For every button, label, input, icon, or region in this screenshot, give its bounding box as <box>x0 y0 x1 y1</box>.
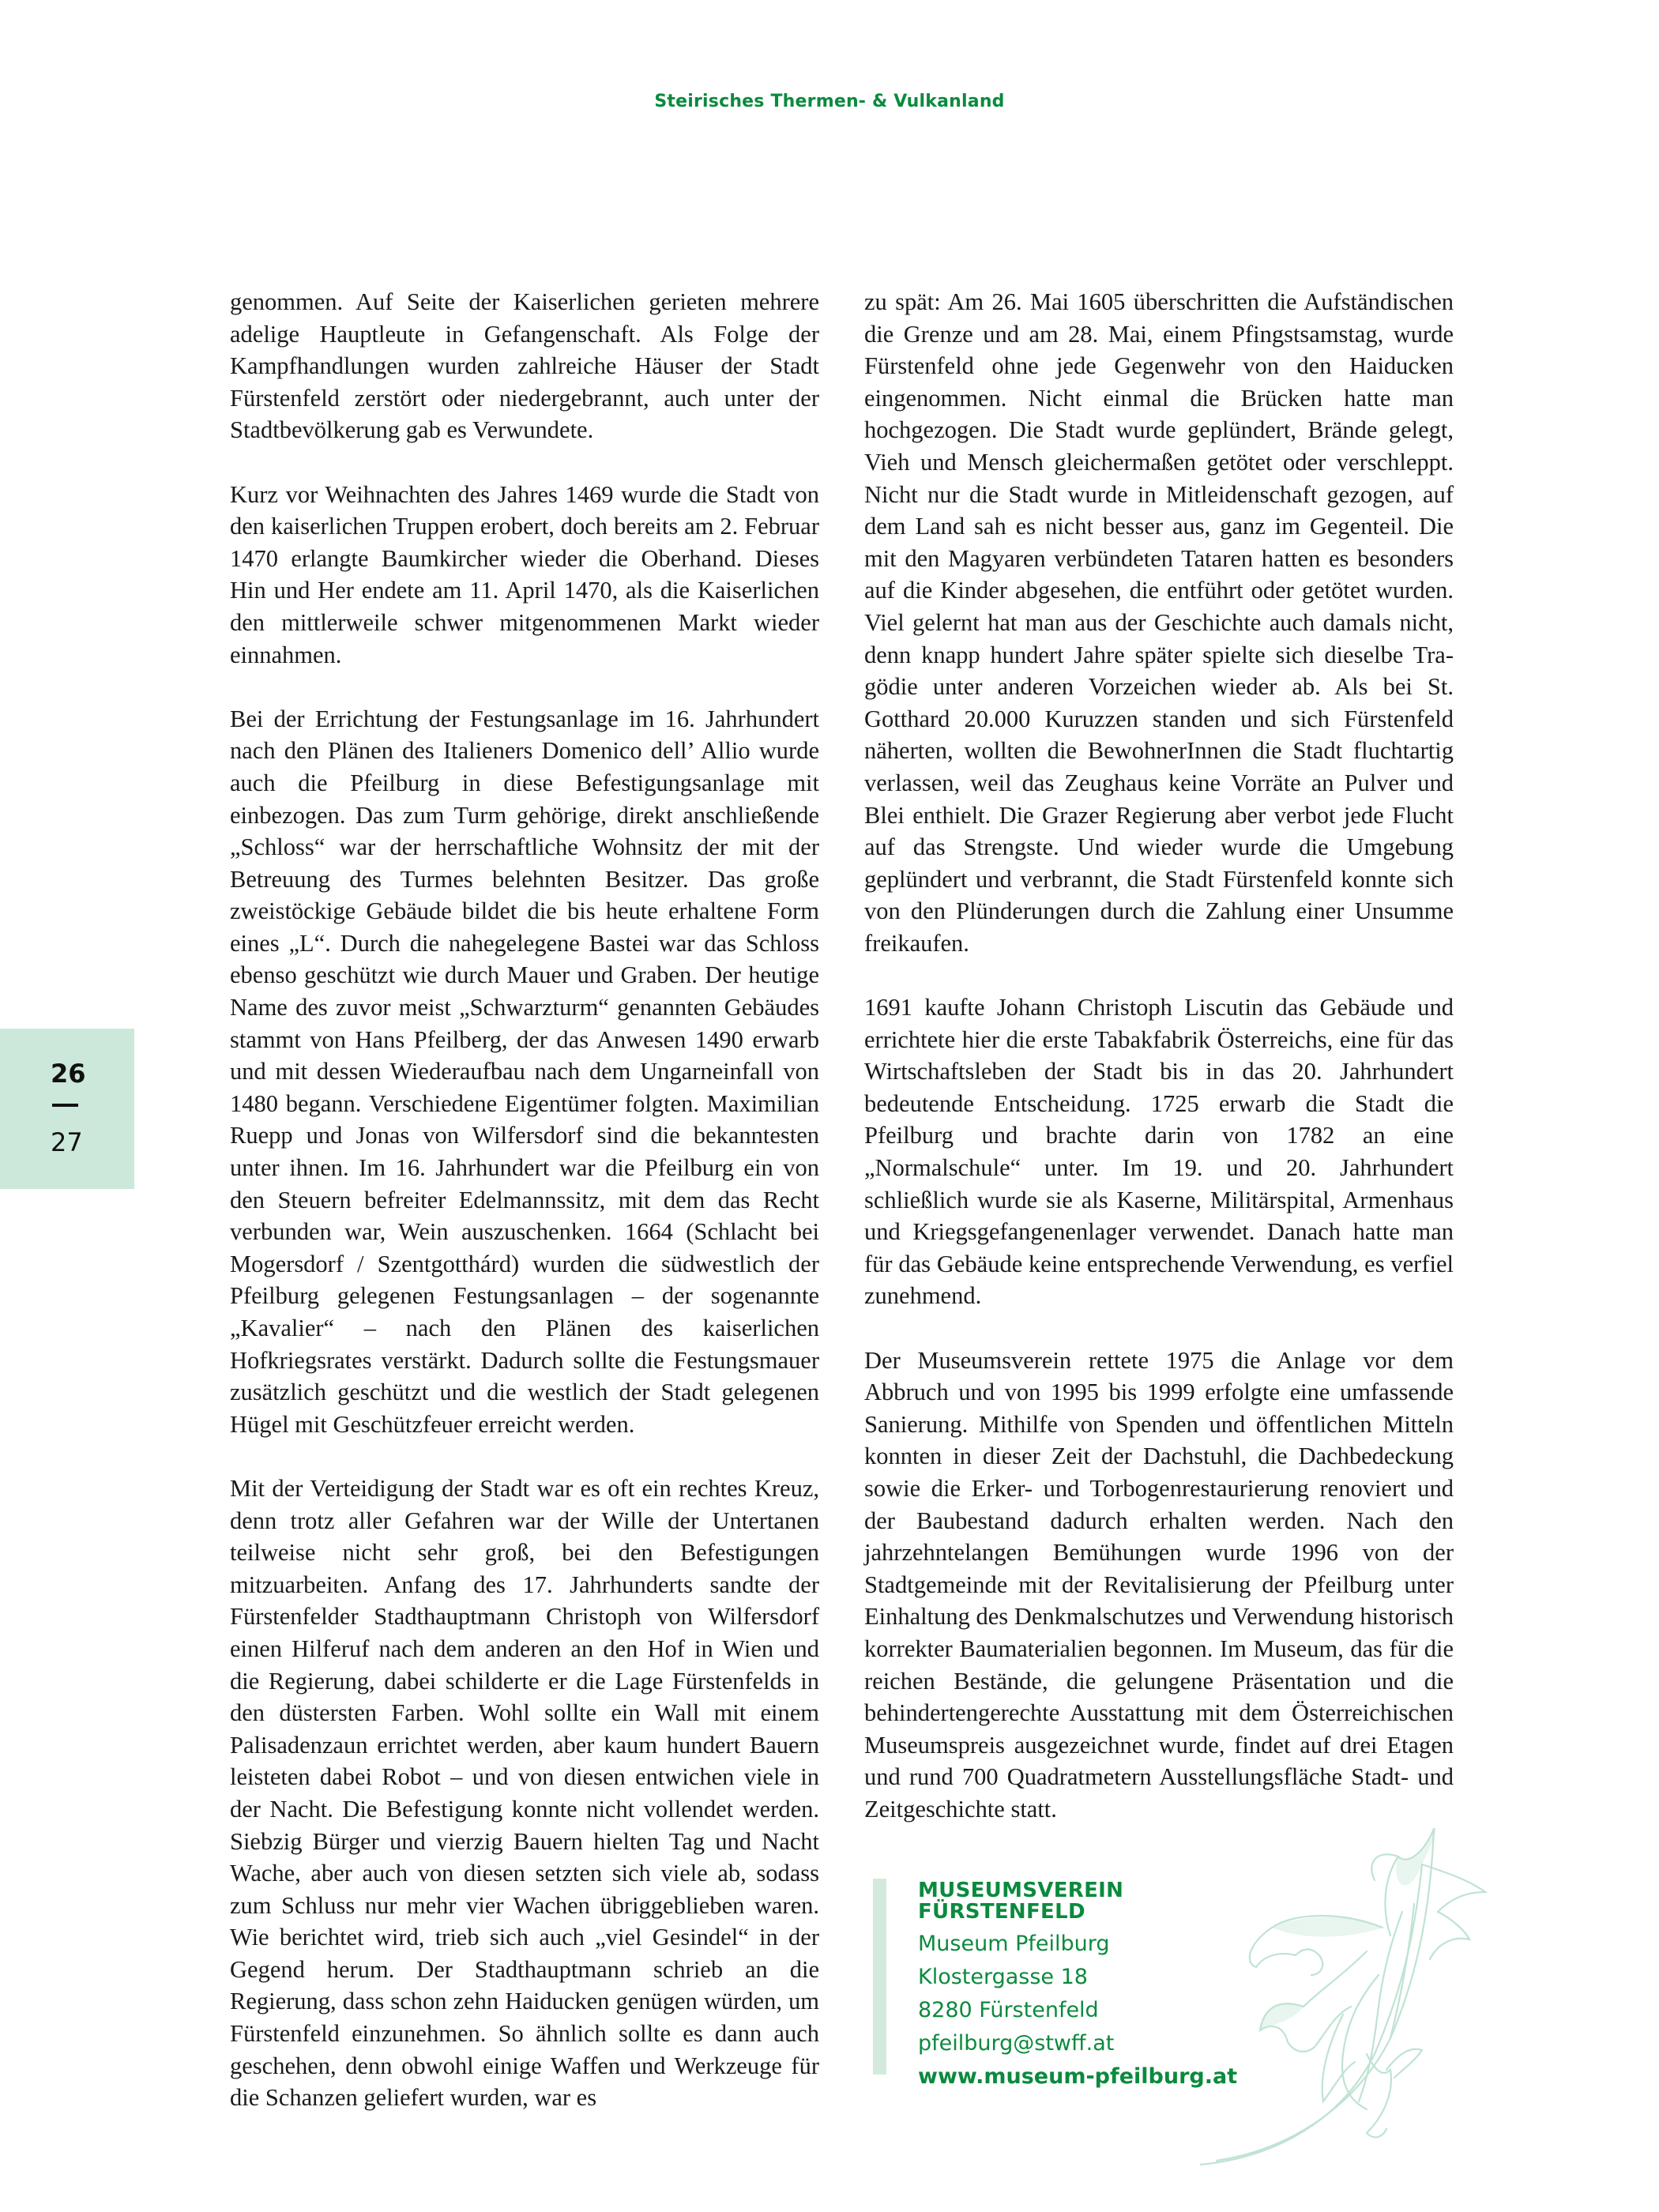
body-paragraph: Bei der Errichtung der Festungsanlage im… <box>230 703 819 1441</box>
contact-org-line2: FÜRSTENFELD <box>918 1902 1237 1923</box>
page-number-tab: 26 27 <box>0 1029 134 1189</box>
contact-org-line1: MUSEUMSVEREIN <box>918 1880 1237 1902</box>
page-number-next: 27 <box>51 1127 83 1157</box>
contact-city: 8280 Fürstenfeld <box>918 1994 1237 2027</box>
left-text-column: genommen. Auf Seite der Kaiserlichen ger… <box>230 286 819 2114</box>
contact-email-link[interactable]: pfeilburg@stwff.at <box>918 2027 1237 2060</box>
acanthus-leaf-ornament-icon <box>1185 1817 1659 2212</box>
body-paragraph: Kurz vor Weihnachten des Jahres 1469 wur… <box>230 479 819 671</box>
contact-website-link[interactable]: www.museum-pfeilburg.at <box>918 2060 1237 2093</box>
contact-box: MUSEUMSVEREIN FÜRSTENFELD Museum Pfeilbu… <box>918 1880 1237 2093</box>
body-paragraph: Der Museumsverein rettete 1975 die Anlag… <box>864 1345 1454 1826</box>
body-paragraph: zu spät: Am 26. Mai 1605 überschritten d… <box>864 286 1454 959</box>
contact-street: Klostergasse 18 <box>918 1961 1237 1994</box>
running-header-title: Steirisches Thermen- & Vulkanland <box>0 92 1659 111</box>
page-number-current: 26 <box>51 1059 86 1089</box>
body-paragraph: genommen. Auf Seite der Kaiserlichen ger… <box>230 286 819 446</box>
right-text-column: zu spät: Am 26. Mai 1605 überschritten d… <box>864 286 1454 1826</box>
contact-museum-name: Museum Pfeilburg <box>918 1928 1237 1961</box>
page-number-separator <box>52 1104 78 1107</box>
body-paragraph: Mit der Verteidigung der Stadt war es of… <box>230 1473 819 2114</box>
contact-accent-bar <box>873 1879 886 2075</box>
body-paragraph: 1691 kaufte Johann Christoph Liscutin da… <box>864 991 1454 1312</box>
